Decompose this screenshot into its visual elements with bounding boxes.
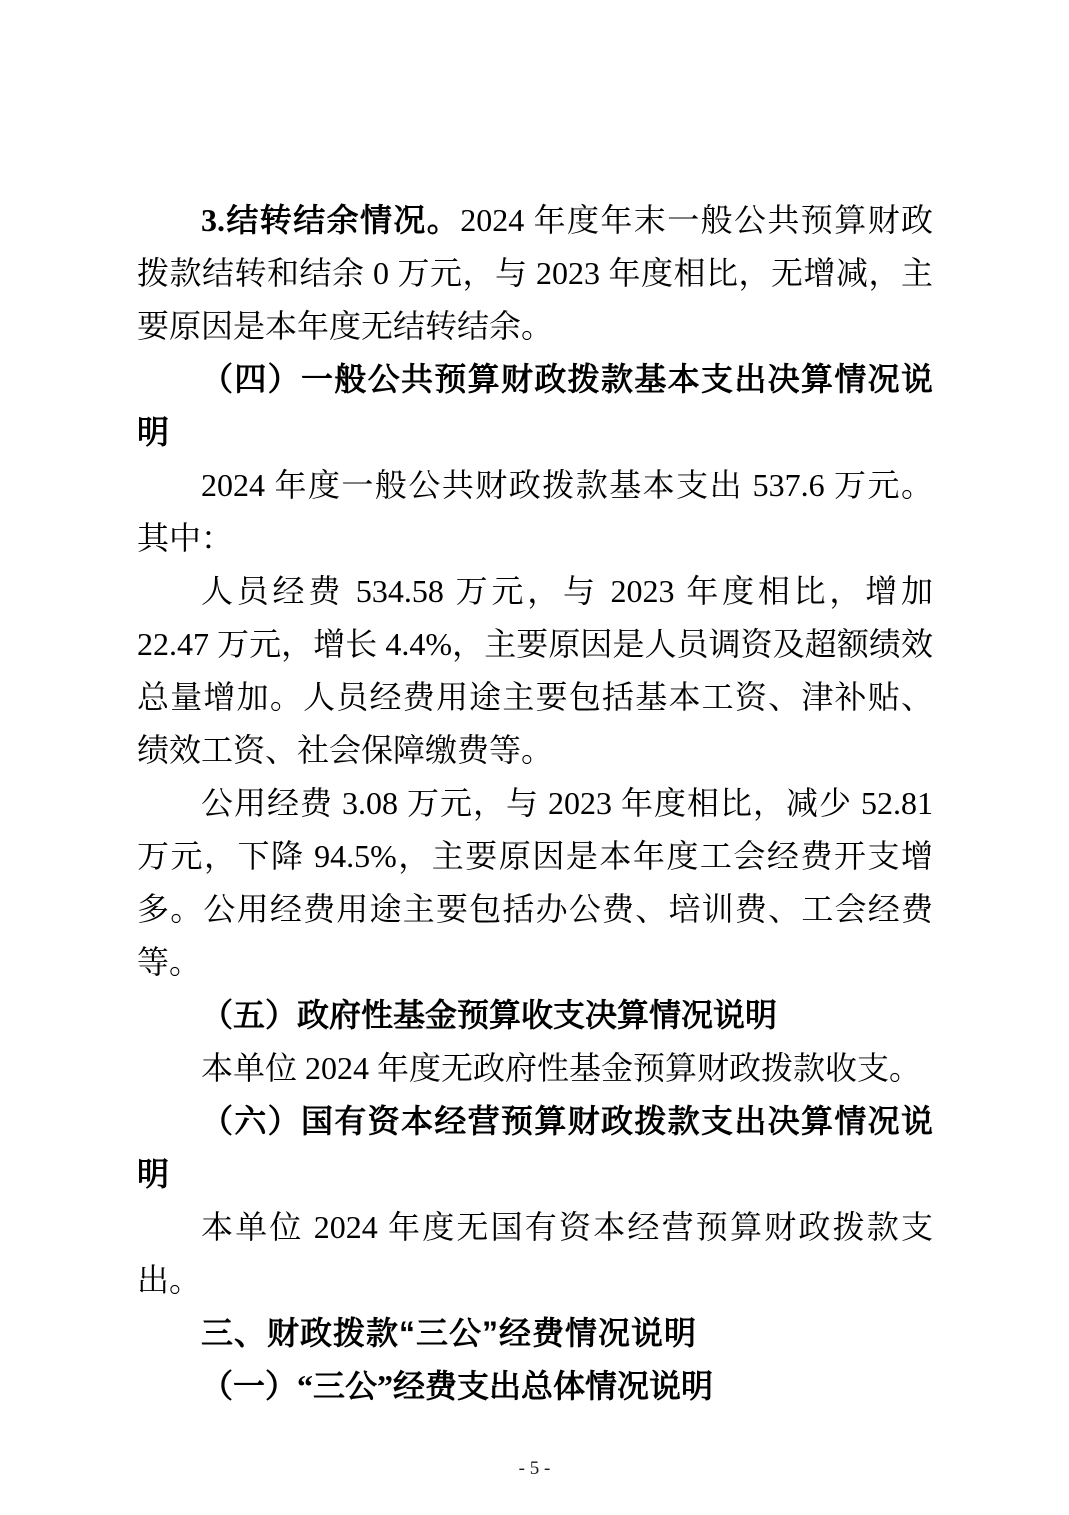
para-state-capital: 本单位 2024 年度无国有资本经营预算财政拨款支出。 (137, 1201, 933, 1307)
para-public-expense: 公用经费 3.08 万元，与 2023 年度相比，减少 52.81 万元，下降 … (137, 777, 933, 989)
para-basic-expense: 2024 年度一般公共财政拨款基本支出 537.6 万元。其中： (137, 459, 933, 565)
document-body: 3.结转结余情况。2024 年度年末一般公共预算财政拨款结转和结余 0 万元，与… (137, 194, 933, 1413)
heading-section-5: （五）政府性基金预算收支决算情况说明 (137, 989, 933, 1042)
heading-section-4: （四）一般公共预算财政拨款基本支出决算情况说明 (137, 353, 933, 459)
page-number: - 5 - (0, 1458, 1069, 1480)
document-page: 3.结转结余情况。2024 年度年末一般公共预算财政拨款结转和结余 0 万元，与… (0, 0, 1069, 1515)
heading-part-3-sub-1: （一）“三公”经费支出总体情况说明 (137, 1360, 933, 1413)
heading-part-3: 三、财政拨款“三公”经费情况说明 (137, 1307, 933, 1360)
para-personnel-expense: 人员经费 534.58 万元，与 2023 年度相比，增加 22.47 万元，增… (137, 565, 933, 777)
para-gov-fund: 本单位 2024 年度无政府性基金预算财政拨款收支。 (137, 1042, 933, 1095)
para-carryover-lead: 3.结转结余情况。 (201, 202, 460, 238)
para-carryover-balance: 3.结转结余情况。2024 年度年末一般公共预算财政拨款结转和结余 0 万元，与… (137, 194, 933, 353)
heading-section-6: （六）国有资本经营预算财政拨款支出决算情况说明 (137, 1095, 933, 1201)
